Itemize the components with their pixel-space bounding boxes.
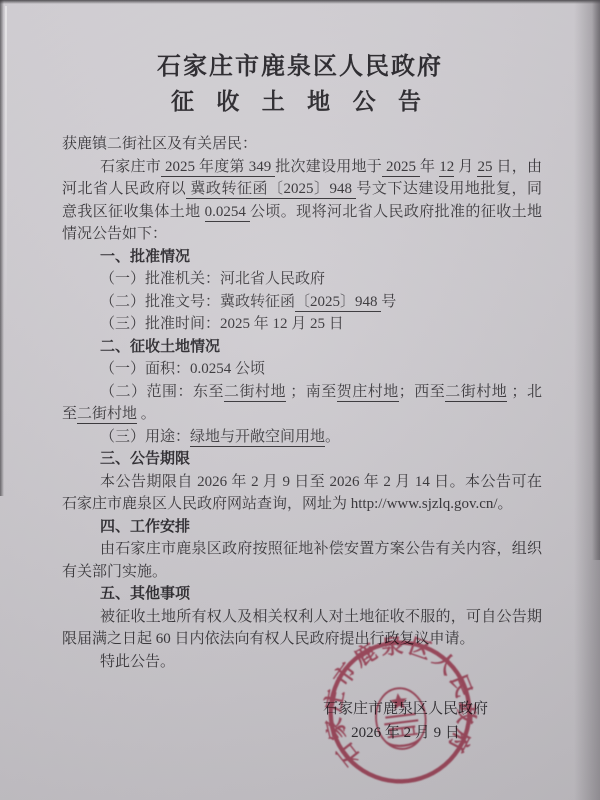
underlined-value: 12 [439, 159, 454, 177]
underlined-value: 〔2025〕948 [295, 294, 381, 312]
body-paragraph: （三）批准时间：2025 年 12 月 25 日 [62, 313, 542, 336]
underlined-value: 0.0254 [205, 204, 250, 222]
photo-edge-left [0, 0, 4, 496]
text-run: 被征收土地所有权人及相关权利人对土地征收不服的，可自公告期限届满之日起 60 日… [62, 609, 542, 648]
section-heading: 四、工作安排 [62, 516, 542, 539]
body-paragraph: 被征收土地所有权人及相关权利人对土地征收不服的，可自公告期限届满之日起 60 日… [62, 606, 542, 651]
text-run: 号 [381, 294, 396, 310]
body-paragraph: （三）用途：绿地与开敞空间用地。 [62, 426, 542, 449]
section-heading: 一、批准情况 [62, 246, 542, 269]
body-paragraph: （二）范围：东至二街村地 ；南至贺庄村地；西至二街村地 ；北至二街村地 。 [62, 381, 542, 426]
underlined-value: 贺庄村地 [337, 384, 399, 402]
text-run: ；南至 [286, 384, 337, 400]
text-run: 获鹿镇二街社区及有关居民： [62, 136, 257, 152]
text-run: （二）范围：东至 [100, 384, 224, 400]
text-run: （三）批准时间：2025 年 12 月 25 日 [100, 316, 344, 332]
section-heading: 五、其他事项 [62, 583, 542, 606]
body-paragraph: 本公告期限自 2026 年 2 月 9 日至 2026 年 2 月 14 日。本… [62, 471, 542, 516]
text-run: 五、其他事项 [100, 585, 190, 602]
body-paragraph: （二）批准文号：冀政转征函〔2025〕948 号 [62, 291, 542, 314]
underlined-value: 25 [477, 159, 492, 177]
document-content: 石家庄市鹿泉区人民政府 征 收 土 地 公 告 获鹿镇二街社区及有关居民：石家庄… [0, 0, 600, 800]
paper-edge-shadow [592, 0, 600, 560]
body-paragraph: 石家庄市 2025 年度第 349 批次建设用地于 2025 年 12 月 25… [62, 156, 542, 246]
text-run: 一、批准情况 [100, 248, 190, 265]
text-run: 批次建设用地于 [275, 159, 382, 175]
section-heading: 三、公告期限 [62, 448, 542, 471]
paper-fold-highlight [5, 6, 7, 326]
text-run: 。 [325, 429, 340, 445]
underlined-value: 冀政转征函〔2025〕948 [186, 181, 356, 199]
signature-date: 2026 年 2 月 9 日 [323, 721, 488, 745]
body-paragraph: 特此公告。 [62, 651, 542, 674]
underlined-value: 二街村地 [445, 384, 507, 402]
section-heading: 二、征收土地情况 [62, 336, 542, 359]
document-title: 石家庄市鹿泉区人民政府 征 收 土 地 公 告 [0, 52, 600, 116]
document-page: 石家庄市鹿泉区人民政府 征 收 土 地 公 告 获鹿镇二街社区及有关居民：石家庄… [0, 0, 600, 800]
text-run: 特此公告。 [100, 654, 175, 670]
underlined-value: 二街村地 [77, 406, 137, 424]
document-body: 获鹿镇二街社区及有关居民：石家庄市 2025 年度第 349 批次建设用地于 2… [62, 133, 542, 673]
text-run: 石家庄市 [100, 159, 161, 175]
text-run: （一）批准机关：河北省人民政府 [100, 271, 325, 287]
document-title-line1: 石家庄市鹿泉区人民政府 [0, 52, 600, 82]
underlined-value: 绿地与开敞空间用地 [190, 429, 325, 447]
body-paragraph: （一）批准机关：河北省人民政府 [62, 268, 542, 291]
underlined-value: 2025 [382, 159, 420, 177]
underlined-value: 2025 年度第 349 [161, 159, 275, 177]
text-run: 月 [454, 159, 477, 175]
text-run: 四、工作安排 [100, 518, 190, 535]
text-run: ；西至 [399, 384, 446, 400]
text-run: 。 [137, 406, 156, 422]
text-run: 二、征收土地情况 [100, 338, 220, 355]
salutation: 获鹿镇二街社区及有关居民： [62, 133, 542, 156]
text-run: 三、公告期限 [100, 450, 190, 467]
text-run: （二）批准文号：冀政转征函 [100, 294, 295, 310]
signature-issuer: 石家庄市鹿泉区人民政府 [323, 697, 488, 721]
body-paragraph: （一）面积：0.0254 公顷 [62, 358, 542, 381]
body-paragraph: 由石家庄市鹿泉区政府按照征地补偿安置方案公告有关内容，组织有关部门实施。 [62, 538, 542, 583]
text-run: 由石家庄市鹿泉区政府按照征地补偿安置方案公告有关内容，组织有关部门实施。 [62, 541, 542, 580]
text-run: （一）面积：0.0254 公顷 [100, 361, 265, 377]
underlined-value: 二街村地 [224, 384, 286, 402]
document-title-line2: 征 收 土 地 公 告 [0, 86, 600, 116]
photo-background: { "colors": { "seal_red": "#c04a63", "in… [0, 0, 600, 800]
photo-edge-top [0, 0, 600, 4]
text-run: 年 [420, 159, 439, 175]
signature-block: 石家庄市鹿泉区人民政府 2026 年 2 月 9 日 [323, 697, 488, 745]
text-run: （三）用途： [100, 429, 190, 445]
text-run: 本公告期限自 2026 年 2 月 9 日至 2026 年 2 月 14 日。本… [62, 474, 542, 513]
